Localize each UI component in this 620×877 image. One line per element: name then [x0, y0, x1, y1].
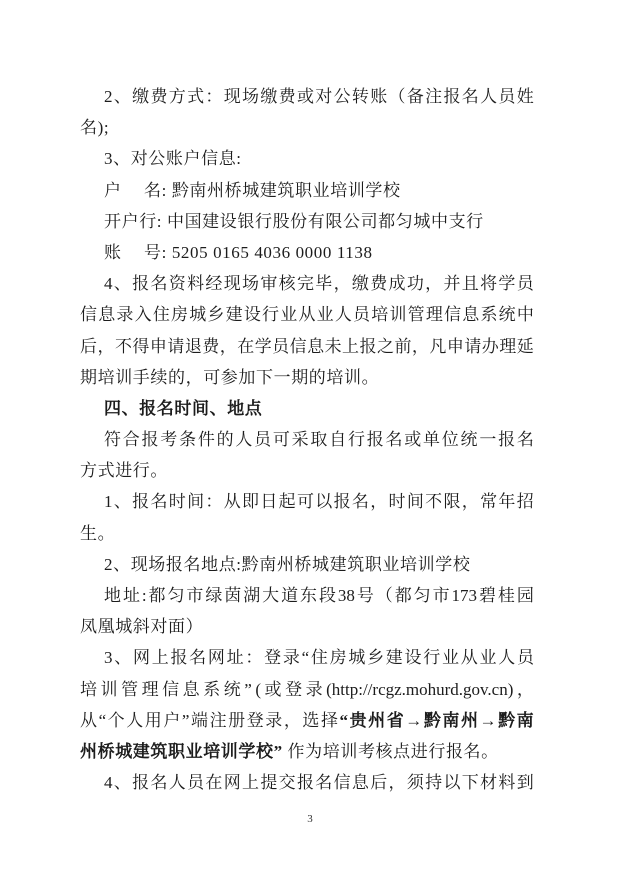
text-segment: 1 — [104, 486, 113, 517]
text-segment: : — [142, 580, 147, 611]
text-segment: 人 — [126, 705, 143, 736]
text-segment: 在 — [205, 767, 222, 798]
text-segment: 期培训手续的，可参加下一期的培训。 — [80, 368, 379, 387]
text-segment: 录 — [265, 705, 282, 736]
text-line: 1、报名时间：从即日起可以报名，时间不限，常年招 — [80, 486, 534, 517]
text-segment: 生。 — [80, 524, 115, 543]
text-line: 方式进行。 — [80, 455, 534, 486]
text-segment: 统 — [461, 424, 478, 455]
text-segment: 南 — [517, 705, 534, 736]
text-segment: 州 — [461, 705, 478, 736]
text-segment: 端 — [191, 705, 208, 736]
text-segment: 址 — [227, 642, 244, 673]
text-segment: 名 — [517, 424, 534, 455]
text-segment: 不 — [115, 331, 132, 362]
text-segment: ， — [517, 674, 534, 705]
text-segment: (http://rcgz.mohurd.gov.cn) — [326, 674, 513, 705]
text-line: 符合报考条件的人员可采取自行报名或单位统一报名 — [80, 424, 534, 455]
text-segment: ： — [245, 642, 262, 673]
text-segment: 理 — [142, 674, 159, 705]
text-segment: 录 — [116, 299, 133, 330]
text-segment: 园 — [517, 580, 534, 611]
text-segment: 将 — [480, 268, 497, 299]
text-segment: 成 — [389, 268, 406, 299]
text-segment: 报 — [334, 486, 351, 517]
text-line: 开户行: 中国建设银行股份有限公司都匀城中支行 — [80, 206, 534, 237]
text-segment: 下 — [462, 767, 479, 798]
text-segment: 账 号: 5205 0165 4036 0000 1138 — [104, 243, 373, 262]
text-segment: 上 — [152, 642, 169, 673]
text-segment: 人 — [498, 642, 515, 673]
text-segment: 中 — [517, 299, 534, 330]
text-segment: 报 — [132, 486, 149, 517]
text-segment: 乡 — [207, 299, 224, 330]
text-segment: ” — [182, 705, 190, 736]
text-segment: 理 — [499, 331, 516, 362]
text-segment: 不 — [425, 486, 442, 517]
text-segment: 名 — [150, 268, 167, 299]
text-segment: 都 — [395, 580, 412, 611]
page-number: 3 — [0, 811, 620, 827]
text-line: 2、缴费方式：现场缴费或对公转账（备注报名人员姓 — [80, 81, 534, 112]
text-segment: 、 — [114, 767, 131, 798]
text-segment: 从 — [224, 486, 241, 517]
text-segment: ， — [412, 331, 429, 362]
text-line: 从“个人用户”端注册登录，选择“贵州省→黔南州→黔南 — [80, 705, 534, 736]
text-segment: 名 — [385, 424, 402, 455]
text-segment: 信 — [334, 767, 351, 798]
text-segment: 系 — [203, 674, 220, 705]
text-segment: 账 — [370, 81, 387, 112]
text-segment: 注 — [425, 81, 442, 112]
text-segment: 选 — [302, 705, 319, 736]
text-segment: 名 — [462, 81, 479, 112]
text-segment: 黔 — [424, 705, 441, 736]
text-segment: 房 — [330, 642, 347, 673]
text-segment: 功 — [407, 268, 424, 299]
text-segment: “ — [340, 705, 349, 736]
text-segment: 毕 — [315, 268, 332, 299]
text-segment: 缴 — [352, 268, 369, 299]
text-segment: 费 — [202, 331, 219, 362]
text-segment: 费 — [150, 81, 167, 112]
text-segment: 道 — [281, 580, 298, 611]
text-segment: 管 — [408, 299, 425, 330]
text-segment: ， — [220, 331, 237, 362]
text-segment: 3、对公账户信息: — [104, 149, 242, 168]
text-segment: 3 — [104, 642, 113, 673]
text-segment: 训 — [389, 299, 406, 330]
text-segment: 名 — [150, 767, 167, 798]
text-segment: 符 — [104, 424, 121, 455]
text-segment: 位 — [442, 424, 459, 455]
text-segment: 匀 — [167, 580, 184, 611]
text-segment: ， — [389, 767, 406, 798]
text-segment: 上 — [342, 331, 359, 362]
text-segment: 名 — [315, 767, 332, 798]
text-segment: 转 — [352, 81, 369, 112]
text-segment: 或 — [404, 424, 421, 455]
text-segment: 行 — [348, 424, 365, 455]
text-segment: 号 — [357, 580, 374, 611]
text-segment: 考 — [160, 424, 177, 455]
text-segment: 从 — [80, 705, 97, 736]
text-segment: 省 — [387, 705, 404, 736]
text-segment: 理 — [426, 299, 443, 330]
text-segment: 名 — [352, 486, 369, 517]
text-segment: 凡 — [429, 331, 446, 362]
text-segment: 贵 — [350, 705, 367, 736]
text-segment: 系 — [480, 299, 497, 330]
text-segment: 报 — [443, 81, 460, 112]
text-segment: 员 — [272, 331, 289, 362]
text-segment: → — [480, 705, 497, 736]
text-segment: 州桥城建筑职业培训学校” — [80, 742, 283, 761]
text-segment: 件 — [198, 424, 215, 455]
text-segment: 现 — [224, 268, 241, 299]
text-segment: 备 — [407, 81, 424, 112]
document-page: 2、缴费方式：现场缴费或对公转账（备注报名人员姓名);3、对公账户信息:户 名:… — [0, 0, 620, 877]
text-segment: 交 — [279, 767, 296, 798]
text-segment: 绿 — [205, 580, 222, 611]
text-segment: 凤凰城斜对面） — [80, 617, 203, 636]
text-segment: 桂 — [498, 580, 515, 611]
text-segment: “ — [99, 705, 107, 736]
text-segment: 对 — [315, 81, 332, 112]
text-line: 培训管理信息系统”(或登录(http://rcgz.mohurd.gov.cn)… — [80, 674, 534, 705]
text-segment: 报 — [170, 642, 187, 673]
text-segment: 登 — [264, 642, 281, 673]
text-segment: 日 — [260, 486, 277, 517]
text-segment: 员 — [517, 642, 534, 673]
text-segment: ， — [334, 268, 351, 299]
text-segment: 入 — [135, 299, 152, 330]
text-segment: 间 — [407, 486, 424, 517]
text-segment: 段 — [319, 580, 336, 611]
text-line: 期培训手续的，可参加下一期的培训。 — [80, 362, 534, 393]
text-segment: 人 — [480, 81, 497, 112]
text-segment: 业 — [479, 642, 496, 673]
text-segment: 费 — [279, 81, 296, 112]
text-segment: 招 — [517, 486, 534, 517]
text-segment: 息 — [98, 299, 115, 330]
text-segment: 限 — [443, 486, 460, 517]
text-segment: 须 — [407, 767, 424, 798]
text-segment: （ — [376, 580, 393, 611]
text-segment: “ — [302, 642, 310, 673]
text-segment: 开户行: 中国建设银行股份有限公司都匀城中支行 — [104, 212, 484, 231]
text-segment: 茵 — [224, 580, 241, 611]
text-segment: 名 — [189, 642, 206, 673]
text-segment: 场 — [242, 268, 259, 299]
text-segment: 之 — [377, 331, 394, 362]
text-segment: 申 — [447, 331, 464, 362]
text-segment: 4 — [104, 268, 113, 299]
text-segment: 申 — [150, 331, 167, 362]
text-segment: 东 — [300, 580, 317, 611]
text-segment: 统 — [499, 299, 516, 330]
text-segment: 碧 — [479, 580, 496, 611]
text-segment: 四、报名时间、地点 — [104, 399, 262, 418]
text-segment: 员 — [254, 424, 271, 455]
text-segment: 名); — [80, 118, 109, 137]
text-segment: 自 — [329, 424, 346, 455]
text-segment: 缴 — [260, 81, 277, 112]
text-segment: 匀 — [414, 580, 431, 611]
text-segment: 用 — [145, 705, 162, 736]
text-segment: 单 — [423, 424, 440, 455]
text-line: 信息录入住房城乡建设行业从业人员培训管理信息系统中 — [80, 299, 534, 330]
text-segment: 统 — [224, 674, 241, 705]
text-segment: 请 — [167, 331, 184, 362]
text-segment: 学 — [255, 331, 272, 362]
text-line: 3、对公账户信息: — [80, 143, 534, 174]
text-segment: 核 — [279, 268, 296, 299]
text-segment: 延 — [517, 331, 534, 362]
text-segment: 现 — [224, 81, 241, 112]
text-segment: ” — [244, 674, 252, 705]
text-segment: 信 — [444, 299, 461, 330]
text-segment: 行 — [262, 299, 279, 330]
text-segment: 大 — [262, 580, 279, 611]
text-segment: 南 — [442, 705, 459, 736]
text-segment: 持 — [425, 767, 442, 798]
text-segment: 城 — [189, 299, 206, 330]
text-segment: 员 — [187, 767, 204, 798]
text-segment: 材 — [480, 767, 497, 798]
text-segment: 州 — [368, 705, 385, 736]
text-segment: 注 — [210, 705, 227, 736]
text-segment: 可 — [297, 486, 314, 517]
text-segment: 以 — [315, 486, 332, 517]
text-segment: 资 — [169, 268, 186, 299]
text-segment: 并 — [443, 268, 460, 299]
text-segment: 息 — [183, 674, 200, 705]
document-body: 2、缴费方式：现场缴费或对公转账（备注报名人员姓名);3、对公账户信息:户 名:… — [80, 81, 534, 798]
text-segment: 行 — [423, 642, 440, 673]
text-line: 生。 — [80, 518, 534, 549]
text-segment: 册 — [228, 705, 245, 736]
text-segment: 黔 — [498, 705, 515, 736]
text-segment: 报 — [297, 767, 314, 798]
text-segment: 登 — [247, 705, 264, 736]
text-segment: 条 — [179, 424, 196, 455]
text-segment: 从 — [461, 642, 478, 673]
text-segment: 的 — [217, 424, 234, 455]
text-segment: 网 — [224, 767, 241, 798]
text-segment: 起 — [279, 486, 296, 517]
text-segment: 人 — [235, 424, 252, 455]
text-segment: 年 — [498, 486, 515, 517]
text-segment: 人 — [335, 299, 352, 330]
text-segment: ： — [205, 486, 222, 517]
text-segment: 上 — [242, 767, 259, 798]
text-line: 凤凰城斜对面） — [80, 611, 534, 642]
text-segment: 时 — [389, 486, 406, 517]
text-line: 2、现场报名地点:黔南州桥城建筑职业培训学校 — [80, 549, 534, 580]
text-segment: 报 — [132, 767, 149, 798]
text-line: 4、报名资料经现场审核完毕，缴费成功，并且将学员 — [80, 268, 534, 299]
text-segment: 合 — [123, 424, 140, 455]
text-segment: ， — [370, 486, 387, 517]
text-segment: ， — [97, 331, 114, 362]
text-line: 名); — [80, 112, 534, 143]
text-segment: 未 — [325, 331, 342, 362]
text-segment: 个 — [108, 705, 125, 736]
text-segment: 报 — [142, 424, 159, 455]
text-segment: 户 名: 黔南州桥城建筑职业培训学校 — [104, 181, 401, 200]
text-segment: 信 — [290, 331, 307, 362]
text-segment: 经 — [205, 268, 222, 299]
text-segment: 作为培训考核点进行报名。 — [283, 742, 499, 761]
text-segment: 从 — [298, 299, 315, 330]
text-segment: 常 — [480, 486, 497, 517]
text-line: 账 号: 5205 0165 4036 0000 1138 — [80, 237, 534, 268]
text-segment: 信 — [80, 299, 97, 330]
text-segment: 一 — [479, 424, 496, 455]
text-segment: （ — [389, 81, 406, 112]
text-segment: 后 — [370, 767, 387, 798]
text-segment: 住 — [153, 299, 170, 330]
text-segment: 姓 — [517, 81, 534, 112]
text-segment: 费 — [370, 268, 387, 299]
text-segment: 且 — [462, 268, 479, 299]
text-segment: 式 — [187, 81, 204, 112]
text-segment: → — [405, 705, 422, 736]
text-segment: 方 — [169, 81, 186, 112]
text-line: 3、网上报名网址：登录“住房城乡建设行业从业人员 — [80, 642, 534, 673]
text-segment: 审 — [260, 268, 277, 299]
text-segment: 乡 — [367, 642, 384, 673]
text-segment: 取 — [310, 424, 327, 455]
text-segment: 料 — [187, 268, 204, 299]
text-segment: 择 — [321, 705, 338, 736]
text-segment: 前 — [394, 331, 411, 362]
text-segment: 4 — [104, 767, 113, 798]
text-segment: 训 — [101, 674, 118, 705]
text-segment: 录 — [283, 642, 300, 673]
text-segment: 以 — [443, 767, 460, 798]
text-segment: 人 — [169, 767, 186, 798]
text-segment: 湖 — [243, 580, 260, 611]
text-segment: 料 — [498, 767, 515, 798]
text-segment: 方式进行。 — [80, 461, 168, 480]
text-segment: 市 — [433, 580, 450, 611]
text-segment: 业 — [280, 299, 297, 330]
text-segment: 住 — [311, 642, 328, 673]
text-segment: ( — [255, 674, 261, 705]
text-segment: 建 — [226, 299, 243, 330]
text-segment: 173 — [452, 580, 478, 611]
text-segment: 时 — [169, 486, 186, 517]
text-segment: 设 — [405, 642, 422, 673]
text-segment: 业 — [317, 299, 334, 330]
text-segment: 学 — [498, 268, 515, 299]
text-segment: 报 — [132, 268, 149, 299]
text-segment: 房 — [171, 299, 188, 330]
text-segment: 请 — [464, 331, 481, 362]
text-segment: 、 — [114, 486, 131, 517]
text-segment: 报 — [367, 424, 384, 455]
text-segment: 息 — [352, 767, 369, 798]
text-segment: 地 — [104, 580, 121, 611]
text-segment: 培 — [371, 299, 388, 330]
text-segment: 采 — [292, 424, 309, 455]
text-segment: 户 — [163, 705, 180, 736]
text-segment: 建 — [386, 642, 403, 673]
text-segment: 或 — [297, 81, 314, 112]
text-segment: 都 — [149, 580, 166, 611]
text-segment: 场 — [242, 81, 259, 112]
text-line: 户 名: 黔南州桥城建筑职业培训学校 — [80, 175, 534, 206]
text-segment: 可 — [273, 424, 290, 455]
text-segment: 报 — [498, 424, 515, 455]
text-segment: 完 — [297, 268, 314, 299]
text-segment: 录 — [306, 674, 323, 705]
text-line: 4、报名人员在网上提交报名信息后，须持以下材料到 — [80, 767, 534, 798]
text-segment: 2 — [104, 81, 113, 112]
text-segment: 名 — [150, 486, 167, 517]
text-segment: 网 — [133, 642, 150, 673]
text-segment: 缴 — [132, 81, 149, 112]
text-line: 州桥城建筑职业培训学校” 作为培训考核点进行报名。 — [80, 736, 534, 767]
text-segment: 、 — [114, 81, 131, 112]
text-segment: 或 — [265, 674, 282, 705]
text-segment: ： — [205, 81, 222, 112]
text-segment: 后 — [80, 331, 97, 362]
text-segment: 址 — [123, 580, 140, 611]
text-segment: 公 — [334, 81, 351, 112]
text-segment: 办 — [482, 331, 499, 362]
section-heading: 四、报名时间、地点 — [80, 393, 534, 424]
text-line: 后，不得申请退费，在学员信息未上报之前，凡申请办理延 — [80, 331, 534, 362]
text-segment: 员 — [517, 268, 534, 299]
text-segment: 员 — [498, 81, 515, 112]
text-line: 地址:都匀市绿茵湖大道东段38号（都匀市173碧桂园 — [80, 580, 534, 611]
text-segment: 息 — [307, 331, 324, 362]
text-segment: 2、现场报名地点:黔南州桥城建筑职业培训学校 — [104, 555, 470, 574]
text-segment: 、 — [114, 642, 131, 673]
text-segment: 38 — [338, 580, 355, 611]
text-segment: ， — [425, 268, 442, 299]
text-segment: 城 — [348, 642, 365, 673]
text-segment: 得 — [132, 331, 149, 362]
text-segment: 管 — [121, 674, 138, 705]
text-segment: 登 — [285, 674, 302, 705]
text-segment: ， — [284, 705, 301, 736]
text-segment: 信 — [162, 674, 179, 705]
text-segment: 到 — [517, 767, 534, 798]
text-segment: 设 — [244, 299, 261, 330]
text-segment: 、 — [114, 268, 131, 299]
text-segment: 在 — [237, 331, 254, 362]
text-segment: 即 — [242, 486, 259, 517]
text-segment: ， — [462, 486, 479, 517]
text-segment: 市 — [186, 580, 203, 611]
text-segment: 间 — [187, 486, 204, 517]
text-segment: 网 — [208, 642, 225, 673]
text-segment: 员 — [353, 299, 370, 330]
text-segment: 报 — [360, 331, 377, 362]
text-segment: 培 — [80, 674, 97, 705]
text-segment: 退 — [185, 331, 202, 362]
text-segment: 提 — [260, 767, 277, 798]
text-segment: 业 — [442, 642, 459, 673]
text-segment: 息 — [462, 299, 479, 330]
